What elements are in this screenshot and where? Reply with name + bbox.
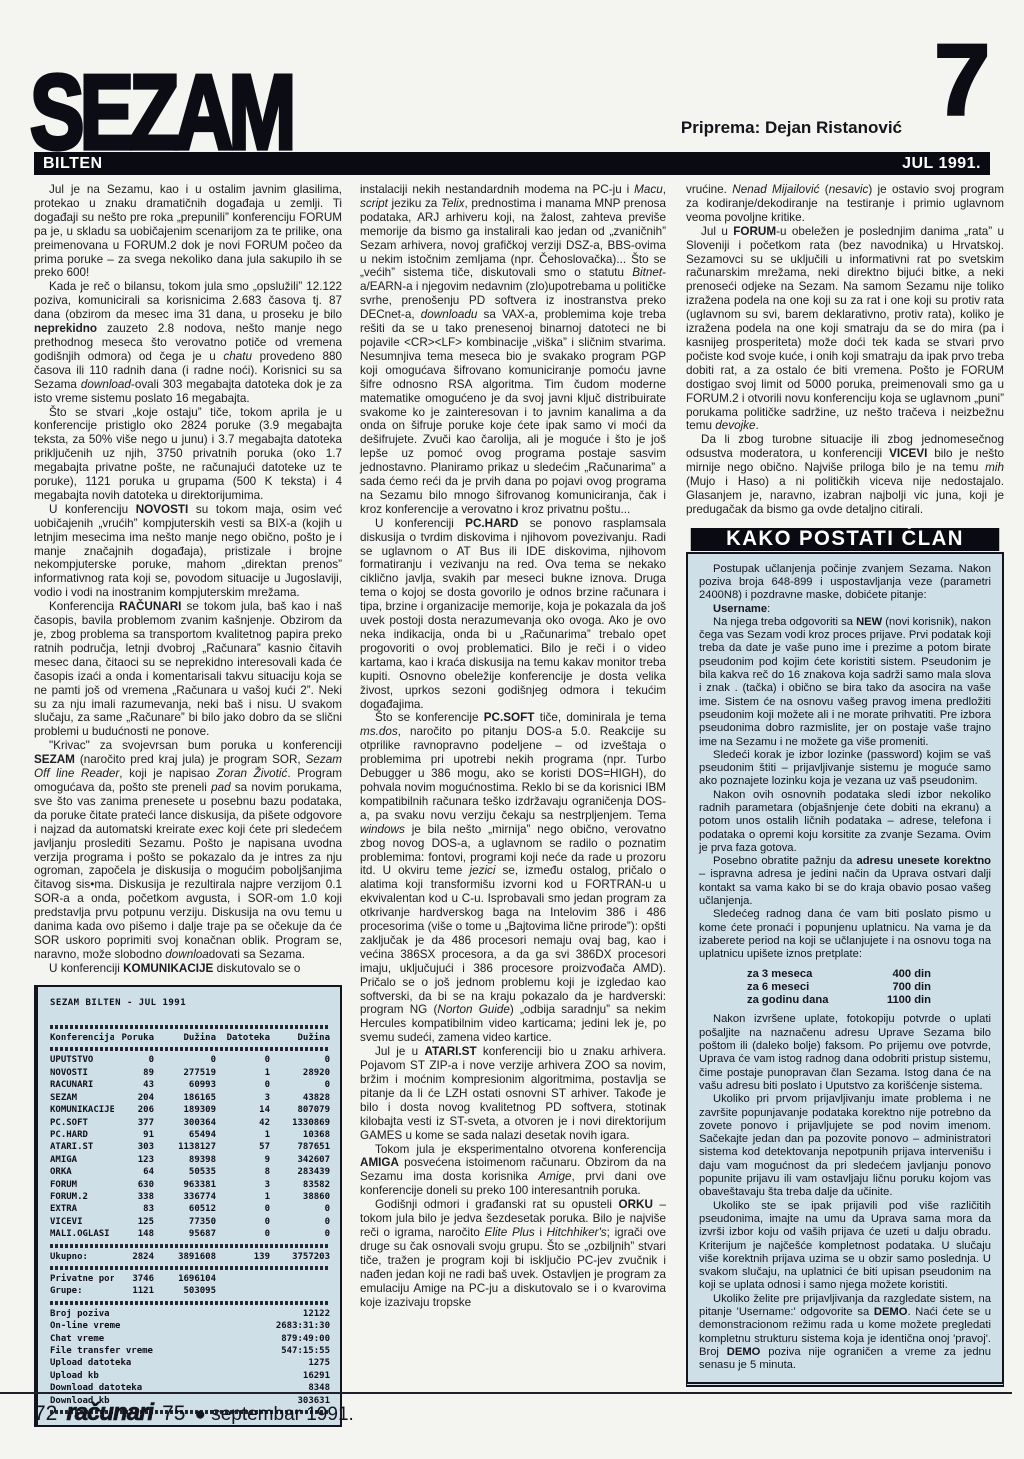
messages-length: 336774 (154, 1191, 216, 1203)
table-separator (50, 1047, 330, 1051)
totals-length: 3891608 (154, 1251, 216, 1263)
empty-cell (270, 1273, 330, 1285)
price-row: za 3 meseca 400 din (699, 968, 991, 981)
paragraph: Sledećeg radnog dana će vam biti poslato… (699, 908, 991, 961)
messages-count: 204 (114, 1092, 154, 1104)
messages-count: 43 (114, 1079, 154, 1091)
summary-label: Upload kb (50, 1370, 99, 1382)
summary-value: 1275 (308, 1357, 330, 1369)
files-length: 1330869 (270, 1117, 330, 1129)
paragraph: Ukoliko pri prvom prijavljivanju imate p… (699, 1093, 991, 1199)
conference-name: ORKA (50, 1166, 114, 1178)
messages-length: 89398 (154, 1154, 216, 1166)
summary-row: File transfer vreme 547:15:55 (50, 1345, 330, 1357)
conference-name: SEZAM (50, 1092, 114, 1104)
paragraph: Nakon ovih osnovnih podataka sledi izbor… (699, 789, 991, 855)
paragraph: U konferenciju NOVOSTI su tokom maja, os… (34, 503, 342, 600)
messages-count: 125 (114, 1216, 154, 1228)
files-length: 787651 (270, 1141, 330, 1153)
table-row: SEZAM 204 186165 3 43828 (50, 1092, 330, 1104)
paragraph: vrućine. Nenad Mijailović (nesavic) je o… (686, 183, 1004, 225)
files-count: 14 (216, 1104, 270, 1116)
bilten-label: BILTEN (43, 155, 103, 173)
paragraph: Kada je reč o bilansu, tokom jula smo „o… (34, 280, 342, 405)
table-row: PC.SOFT 377 300364 42 1330869 (50, 1117, 330, 1129)
private-rows: Privatne poruke: 3746 1696104 Grupe: 112… (50, 1273, 330, 1298)
row-count: 3746 (114, 1273, 154, 1285)
membership-text-before: Postupak učlanjenja počinje zvanjem Seza… (699, 563, 991, 962)
column-header: Poruka (114, 1032, 154, 1044)
empty-cell (270, 1285, 330, 1297)
paragraph: "Krivac" za svojevrsan bum poruka u konf… (34, 739, 342, 962)
messages-length: 95687 (154, 1228, 216, 1240)
table-row: AMIGA 123 89398 9 342607 (50, 1154, 330, 1166)
paragraph: Username: (699, 603, 991, 616)
summary-row: Upload datoteka 1275 (50, 1357, 330, 1369)
paragraph: Sledeći korak je izbor lozinke (password… (699, 749, 991, 789)
conference-name: ATARI.ST (50, 1141, 114, 1153)
table-separator (50, 1025, 330, 1029)
column-header: Dužina (154, 1032, 216, 1044)
conference-name: VICEVI (50, 1216, 114, 1228)
table-row: ORKA 64 50535 8 283439 (50, 1166, 330, 1178)
price-period: za 3 meseca (747, 968, 812, 981)
summary-value: 547:15:55 (281, 1345, 330, 1357)
files-length: 0 (270, 1079, 330, 1091)
summary-label: File transfer vreme (50, 1345, 153, 1357)
files-length: 0 (270, 1216, 330, 1228)
summary-row: Upload kb 16291 (50, 1370, 330, 1382)
summary-row: On-line vreme 2683:31:30 (50, 1320, 330, 1332)
summary-label: Chat vreme (50, 1333, 104, 1345)
price-amount: 700 din (892, 981, 931, 994)
files-count: 1 (216, 1191, 270, 1203)
page-footer: 72 računari 75 ● septembar 1991. (34, 1399, 354, 1427)
article-column-2: instalaciji nekih nestandardnih modema n… (360, 183, 666, 1309)
messages-length: 60512 (154, 1203, 216, 1215)
summary-label: On-line vreme (50, 1320, 120, 1332)
magazine-issue: 75 (162, 1402, 185, 1426)
files-count: 0 (216, 1228, 270, 1240)
row-length: 503095 (154, 1285, 216, 1297)
column-header: Konferencija (50, 1032, 114, 1044)
table-separator (50, 1266, 330, 1270)
table-row: PC.HARD 91 65494 1 10368 (50, 1129, 330, 1141)
files-count: 8 (216, 1166, 270, 1178)
price-list: za 3 meseca 400 din za 6 meseci 700 din … (699, 968, 991, 1008)
article-column-3: vrućine. Nenad Mijailović (nesavic) je o… (686, 183, 1004, 1387)
conference-name: EXTRA (50, 1203, 114, 1215)
prepared-by: Priprema: Dejan Ristanović (681, 118, 902, 138)
table-row: ATARI.ST 303 1138127 57 787651 (50, 1141, 330, 1153)
files-count: 0 (216, 1203, 270, 1215)
price-period: za godinu dana (747, 994, 828, 1007)
messages-length: 277519 (154, 1067, 216, 1079)
stats-table-body: UPUTSTVO 0 0 0 0 NOVOSTI 89 277519 1 289… (50, 1054, 330, 1240)
files-count: 0 (216, 1054, 270, 1066)
paragraph: Jul u FORUM-u obeležen je poslednjim dan… (686, 225, 1004, 434)
membership-box-title: KAKO POSTATI ČLAN (691, 528, 999, 551)
issue-date-label: JUL 1991. (902, 155, 981, 173)
files-count: 42 (216, 1117, 270, 1129)
table-row: MALI.OGLASI 148 95687 0 0 (50, 1228, 330, 1240)
table-row: EXTRA 83 60512 0 0 (50, 1203, 330, 1215)
summary-value: 12122 (303, 1308, 330, 1320)
files-count: 3 (216, 1092, 270, 1104)
table-separator (50, 1244, 330, 1248)
table-row: VICEVI 125 77350 0 0 (50, 1216, 330, 1228)
messages-count: 91 (114, 1129, 154, 1141)
column-3-text: vrućine. Nenad Mijailović (nesavic) je o… (686, 183, 1004, 517)
empty-cell (216, 1273, 270, 1285)
totals-files-length: 3757203 (270, 1251, 330, 1263)
paragraph: Postupak učlanjenja počinje zvanjem Seza… (699, 563, 991, 603)
price-period: za 6 meseci (747, 981, 809, 994)
summary-label: Broj poziva (50, 1308, 110, 1320)
messages-count: 0 (114, 1054, 154, 1066)
messages-count: 89 (114, 1067, 154, 1079)
column-header: Dužina (270, 1032, 330, 1044)
conference-name: FORUM.2 (50, 1191, 114, 1203)
stats-table-header-row: Konferencija Poruka Dužina Datoteka Duži… (50, 1032, 330, 1044)
footer-rule (0, 1392, 1012, 1394)
column-header: Datoteka (216, 1032, 270, 1044)
paragraph: Što se stvari „koje ostaju” tiče, tokom … (34, 406, 342, 503)
messages-length: 300364 (154, 1117, 216, 1129)
row-count: 1121 (114, 1285, 154, 1297)
files-count: 9 (216, 1154, 270, 1166)
table-row: RACUNARI 43 60993 0 0 (50, 1079, 330, 1091)
summary-value: 2683:31:30 (276, 1320, 330, 1332)
files-count: 0 (216, 1216, 270, 1228)
summary-row: Broj poziva 12122 (50, 1308, 330, 1320)
paragraph: Što se konferencije PC.SOFT tiče, domini… (360, 711, 666, 1045)
stats-table: SEZAM BILTEN - JUL 1991 Konferencija Por… (34, 985, 342, 1427)
conference-name: UPUTSTVO (50, 1054, 114, 1066)
messages-count: 64 (114, 1166, 154, 1178)
stats-table-title: SEZAM BILTEN - JUL 1991 (50, 997, 330, 1009)
paragraph: Jul je na Sezamu, kao i u ostalim javnim… (34, 183, 342, 280)
price-row: za godinu dana 1100 din (699, 994, 991, 1007)
conference-name: PC.HARD (50, 1129, 114, 1141)
row-length: 1696104 (154, 1273, 216, 1285)
paragraph: Ukoliko želite pre prijavljivanja da raz… (699, 1293, 991, 1373)
paragraph: U konferenciji PC.HARD se ponovo rasplam… (360, 517, 666, 712)
messages-length: 0 (154, 1054, 216, 1066)
messages-count: 338 (114, 1191, 154, 1203)
summary-value: 879:49:00 (281, 1333, 330, 1345)
price-amount: 1100 din (887, 994, 931, 1007)
files-length: 10368 (270, 1129, 330, 1141)
summary-label: Upload datoteka (50, 1357, 131, 1369)
membership-text-after: Nakon izvršene uplate, fotokopiju potvrd… (699, 1013, 991, 1372)
conference-name: MALI.OGLASI (50, 1228, 114, 1240)
table-row: Privatne poruke: 3746 1696104 (50, 1273, 330, 1285)
files-count: 57 (216, 1141, 270, 1153)
files-count: 3 (216, 1179, 270, 1191)
table-row: NOVOSTI 89 277519 1 28920 (50, 1067, 330, 1079)
files-length: 38860 (270, 1191, 330, 1203)
table-row: UPUTSTVO 0 0 0 0 (50, 1054, 330, 1066)
conference-name: AMIGA (50, 1154, 114, 1166)
paragraph: Godišnji odmori i građanski rat su opust… (360, 1198, 666, 1309)
empty-cell (216, 1285, 270, 1297)
files-length: 28920 (270, 1067, 330, 1079)
files-length: 283439 (270, 1166, 330, 1178)
paragraph: Nakon izvršene uplate, fotokopiju potvrd… (699, 1013, 991, 1093)
column-1-text: Jul je na Sezamu, kao i u ostalim javnim… (34, 183, 342, 976)
issue-number: 7 (934, 30, 990, 130)
messages-count: 83 (114, 1203, 154, 1215)
files-length: 807079 (270, 1104, 330, 1116)
messages-length: 963381 (154, 1179, 216, 1191)
totals-label: Ukupno: (50, 1251, 114, 1263)
paragraph: Ukoliko ste se ipak prijavili pod više r… (699, 1200, 991, 1293)
files-length: 0 (270, 1228, 330, 1240)
page-number: 72 (34, 1402, 57, 1426)
title-bar: BILTEN JUL 1991. (34, 152, 990, 175)
totals-messages: 2824 (114, 1251, 154, 1263)
messages-length: 50535 (154, 1166, 216, 1178)
paragraph: Da li zbog turobne situacije ili zbog je… (686, 433, 1004, 516)
conference-name: RACUNARI (50, 1079, 114, 1091)
table-row: FORUM.2 338 336774 1 38860 (50, 1191, 330, 1203)
magazine-page: SEZAM Priprema: Dejan Ristanović 7 BILTE… (0, 0, 1024, 1459)
paragraph: Na njega treba odgovoriti sa NEW (novi k… (699, 616, 991, 749)
messages-length: 1138127 (154, 1141, 216, 1153)
paragraph: Posebno obratite pažnju da adresu uneset… (699, 855, 991, 908)
messages-length: 189309 (154, 1104, 216, 1116)
price-row: za 6 meseci 700 din (699, 981, 991, 994)
summary-row: Chat vreme 879:49:00 (50, 1333, 330, 1345)
magazine-name: računari (66, 1399, 153, 1427)
messages-length: 77350 (154, 1216, 216, 1228)
conference-name: FORUM (50, 1179, 114, 1191)
messages-count: 148 (114, 1228, 154, 1240)
messages-count: 630 (114, 1179, 154, 1191)
conference-name: KOMUNIKACIJE (50, 1104, 114, 1116)
files-length: 0 (270, 1203, 330, 1215)
table-separator (50, 1301, 330, 1305)
files-count: 1 (216, 1067, 270, 1079)
article-column-1: Jul je na Sezamu, kao i u ostalim javnim… (34, 183, 342, 1427)
files-length: 0 (270, 1054, 330, 1066)
totals-files: 139 (216, 1251, 270, 1263)
table-row: FORUM 630 963381 3 83582 (50, 1179, 330, 1191)
paragraph: instalaciji nekih nestandardnih modema n… (360, 183, 666, 517)
membership-box: Postupak učlanjenja počinje zvanjem Seza… (686, 552, 1004, 1388)
paragraph: U konferenciji KOMUNIKACIJE diskutovalo … (34, 962, 342, 976)
files-length: 43828 (270, 1092, 330, 1104)
conference-name: NOVOSTI (50, 1067, 114, 1079)
files-length: 342607 (270, 1154, 330, 1166)
messages-length: 65494 (154, 1129, 216, 1141)
footer-date: ● septembar 1991. (194, 1404, 353, 1426)
row-label: Grupe: (50, 1285, 114, 1297)
table-row: Grupe: 1121 503095 (50, 1285, 330, 1297)
files-length: 83582 (270, 1179, 330, 1191)
messages-length: 60993 (154, 1079, 216, 1091)
files-count: 1 (216, 1129, 270, 1141)
messages-count: 123 (114, 1154, 154, 1166)
messages-count: 377 (114, 1117, 154, 1129)
messages-count: 206 (114, 1104, 154, 1116)
summary-value: 16291 (303, 1370, 330, 1382)
files-count: 0 (216, 1079, 270, 1091)
paragraph: Tokom jula je eksperimentalno otvorena k… (360, 1143, 666, 1199)
totals-row: Ukupno: 2824 3891608 139 3757203 (50, 1251, 330, 1263)
price-amount: 400 din (892, 968, 931, 981)
messages-count: 303 (114, 1141, 154, 1153)
table-row: KOMUNIKACIJE 206 189309 14 807079 (50, 1104, 330, 1116)
row-label: Privatne poruke: (50, 1273, 114, 1285)
paragraph: Konferencija RAČUNARI se tokom jula, baš… (34, 600, 342, 739)
messages-length: 186165 (154, 1092, 216, 1104)
conference-name: PC.SOFT (50, 1117, 114, 1129)
paragraph: Jul je u ATARI.ST konferenciji bio u zna… (360, 1045, 666, 1142)
